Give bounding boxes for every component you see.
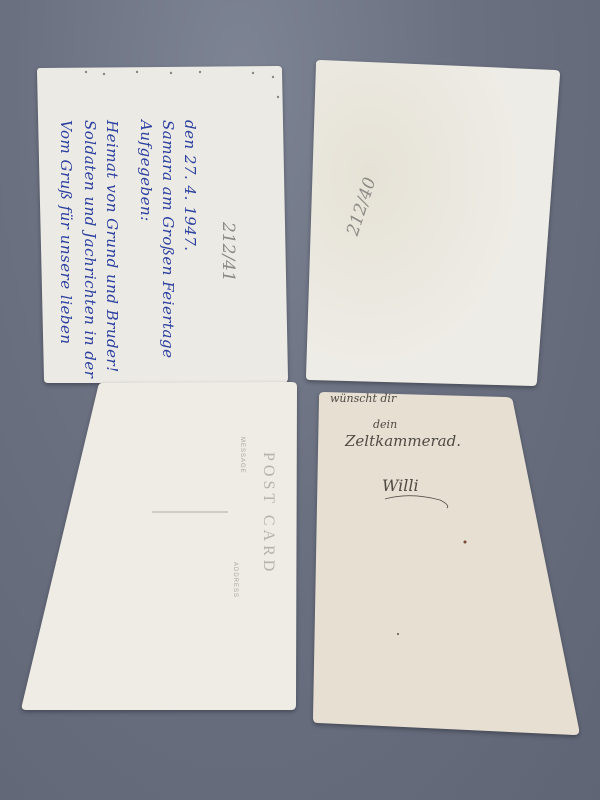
- postcard-bottom-right: wünscht dir dein Zeltkammerad. Willi: [0, 0, 600, 800]
- note-line-3: Zeltkammerad.: [345, 432, 461, 450]
- note-line-1: wünscht dir: [330, 392, 396, 405]
- note-line-2: dein: [373, 418, 397, 431]
- card-shape: [0, 0, 600, 800]
- signature: Willi: [382, 476, 419, 495]
